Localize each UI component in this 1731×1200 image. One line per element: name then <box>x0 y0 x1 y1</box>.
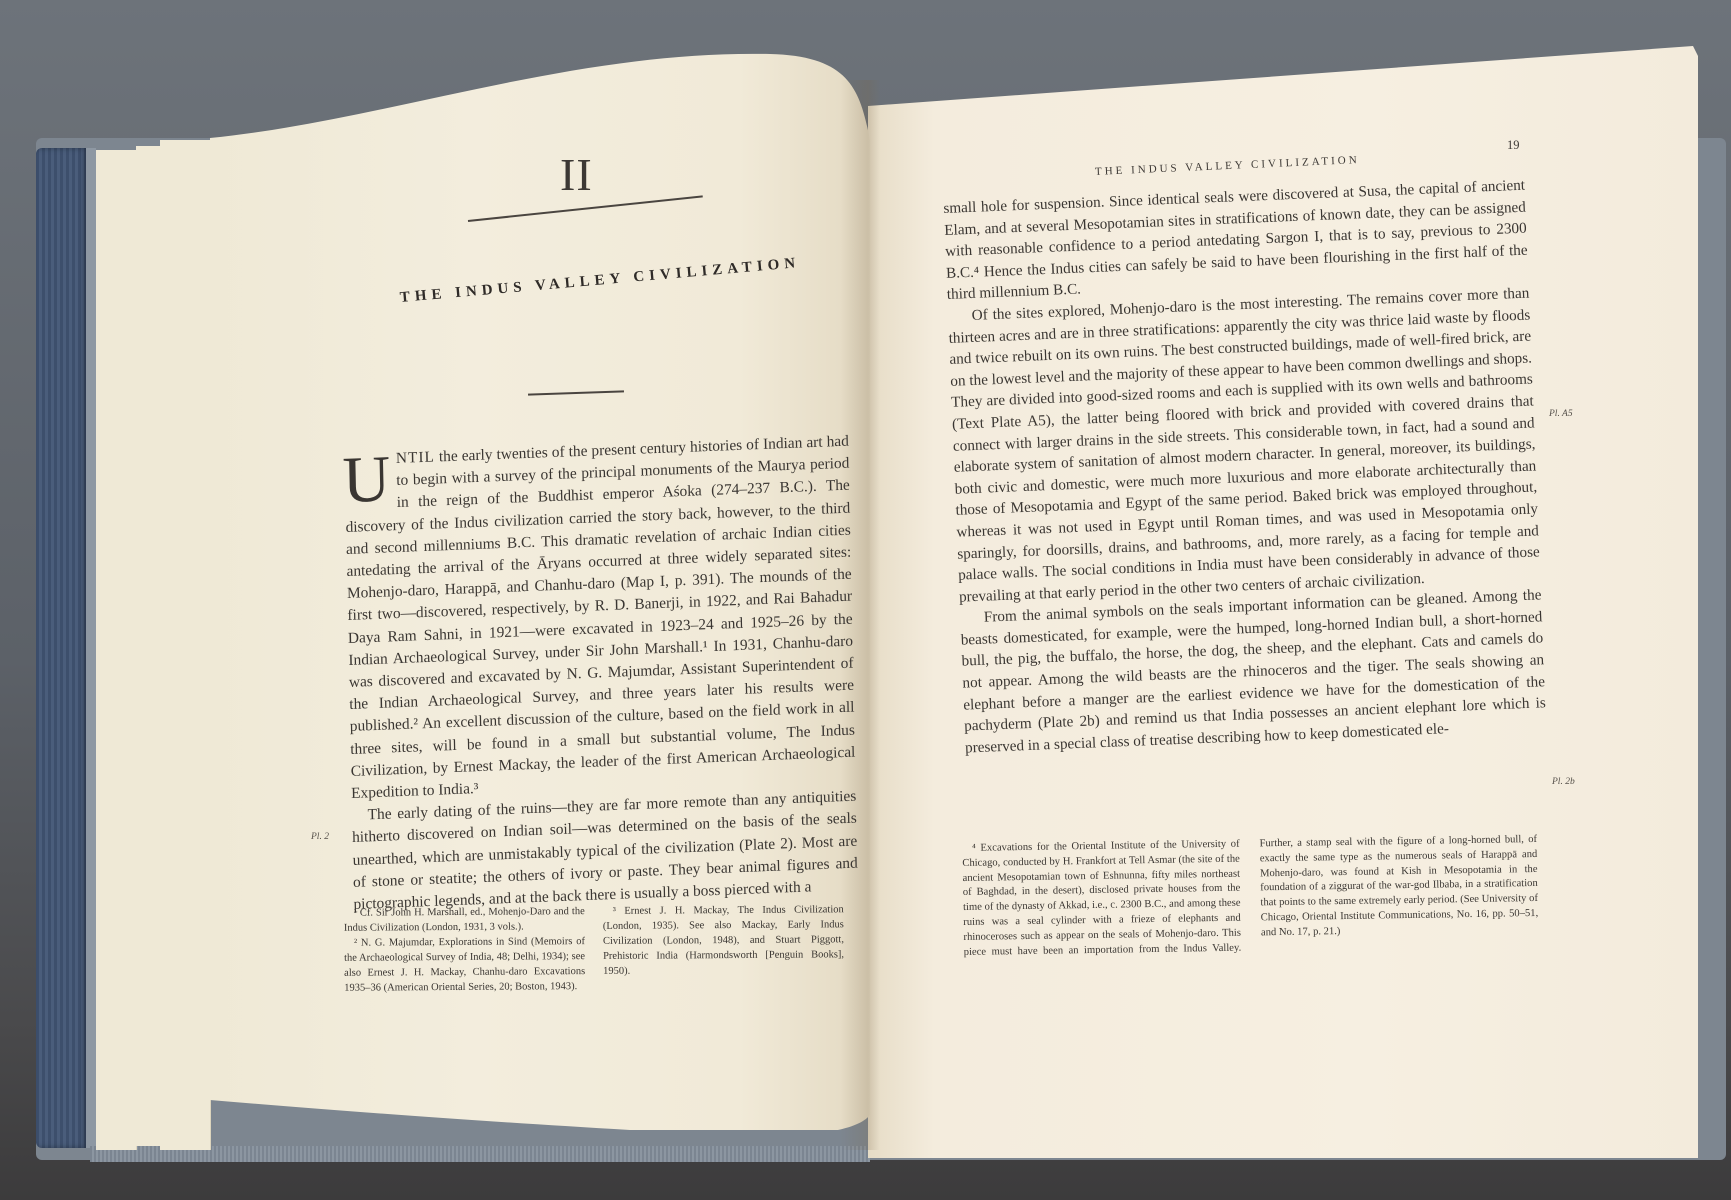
spine-edge <box>86 148 96 1148</box>
left-page-body: UNTIL the early twenties of the present … <box>344 431 858 917</box>
paragraph: The early dating of the ruins—they are f… <box>351 786 858 916</box>
margin-note-plate: Pl. 2 <box>311 832 329 842</box>
margin-note-plate: Pl. A5 <box>1549 409 1573 419</box>
footnote: ² N. G. Majumdar, Explorations in Sind (… <box>344 934 585 996</box>
paragraph: From the animal symbols on the seals imp… <box>959 585 1547 759</box>
page-stack <box>96 150 137 1150</box>
photo-scene: II THE INDUS VALLEY CIVILIZATION UNTIL t… <box>0 0 1731 1200</box>
right-footnotes: ⁴ Excavations for the Oriental Institute… <box>962 833 1539 960</box>
chapter-number: II <box>560 148 593 201</box>
book-spine <box>36 148 88 1148</box>
right-page-body: small hole for suspension. Since identic… <box>943 175 1547 759</box>
opening-smallcaps: NTIL <box>396 449 435 467</box>
footnote: ³ Ernest J. H. Mackay, The Indus Civiliz… <box>603 902 845 979</box>
page-stack <box>136 146 161 1146</box>
drop-cap: U <box>342 452 391 508</box>
margin-note-plate: Pl. 2b <box>1552 777 1575 787</box>
page-stack <box>160 140 211 1150</box>
footnote: ¹ Cf. Sir John H. Marshall, ed., Mohenjo… <box>344 904 585 936</box>
page-number: 19 <box>1507 138 1520 153</box>
paragraph: UNTIL the early twenties of the present … <box>344 431 856 806</box>
footnote: ⁴ Excavations for the Oriental Institute… <box>962 833 1539 960</box>
paragraph-text: the early twenties of the present centur… <box>345 433 855 802</box>
left-footnotes: ¹ Cf. Sir John H. Marshall, ed., Mohenjo… <box>344 902 845 995</box>
paragraph: Of the sites explored, Mohenjo-daro is t… <box>947 283 1541 608</box>
